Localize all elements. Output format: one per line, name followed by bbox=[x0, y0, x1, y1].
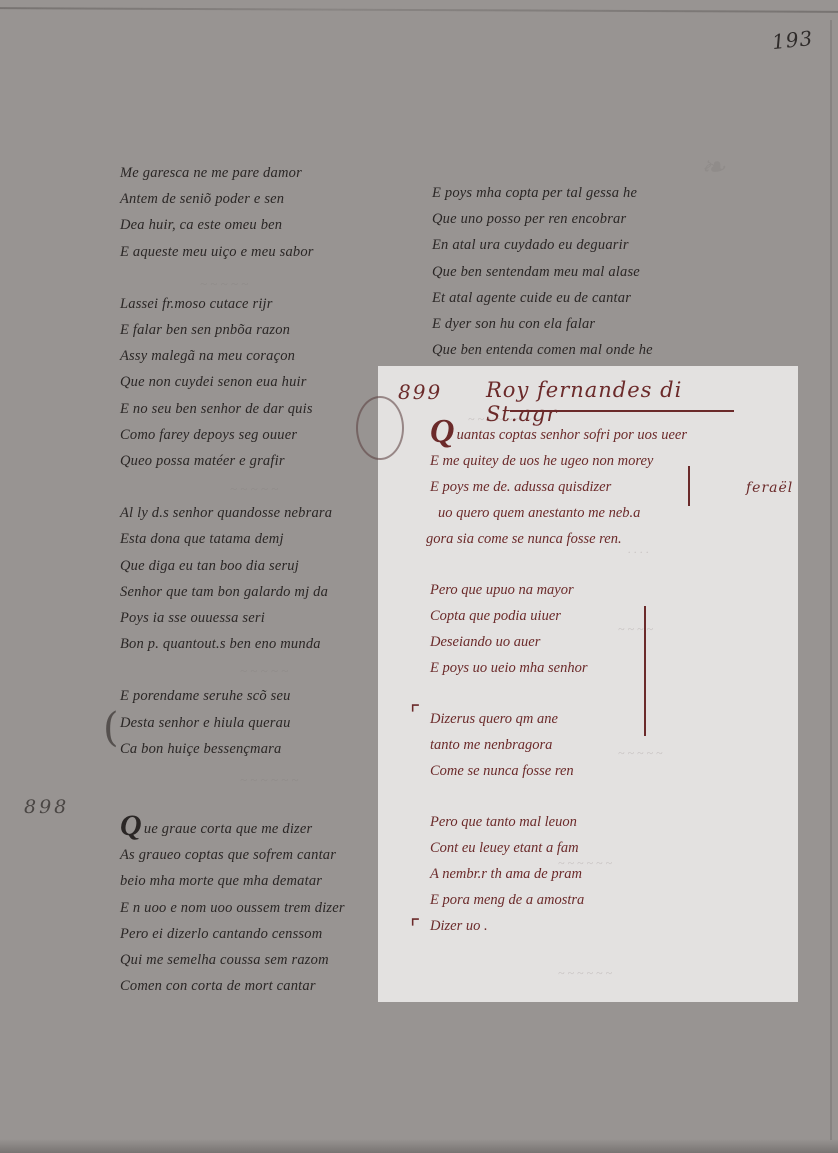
verse-line: Bon p. quantout.s ben eno munda bbox=[120, 631, 390, 657]
verse-line: E poys mha copta per tal gessa he bbox=[432, 180, 712, 206]
verse-line: Dizerus quero qm ane bbox=[430, 706, 750, 732]
page-right-edge bbox=[830, 20, 832, 1140]
verse-line: Antem de seniõ poder e sen bbox=[120, 186, 390, 212]
verse-line: E pora meng de a amostra bbox=[430, 887, 750, 913]
author-rubric: Roy fernandes di St.agr bbox=[486, 378, 738, 426]
stanza-2: Pero que upuo na mayor Copta que podia u… bbox=[430, 577, 750, 681]
folio-number: 193 bbox=[771, 26, 814, 54]
verse-line: E n uoo e nom uoo oussem trem dizer bbox=[120, 895, 390, 921]
verse-line: Como farey depoys seg ouuer bbox=[120, 422, 390, 448]
verse-line: Pero que tanto mal leuon bbox=[430, 809, 750, 835]
stanza-5-poem-898: Que graue corta que me dizer As graueo c… bbox=[120, 816, 390, 999]
stanza-4: Pero que tanto mal leuon Cont eu leuey e… bbox=[430, 809, 750, 939]
poem-899-body: Quantas coptas senhor sofri por uos ueer… bbox=[430, 422, 750, 939]
stanza-1: Me garescа ne me pare damor Antem de sen… bbox=[120, 160, 390, 265]
verse-line: E aqueste meu uiço e meu sabor bbox=[120, 239, 390, 265]
poem-number-899: 899 bbox=[398, 380, 442, 404]
verse-line: Desta senhor e hiula querau bbox=[120, 710, 390, 736]
verse-line: Que ben sentendam meu mal alase bbox=[432, 259, 712, 285]
verse-line: Poys ia sse ouuessa seri bbox=[120, 605, 390, 631]
stanza-1: Quantas coptas senhor sofri por uos ueer… bbox=[430, 422, 750, 552]
right-column-top: E poys mha copta per tal gessa he Que un… bbox=[432, 180, 712, 363]
bracket-mark: ( bbox=[103, 708, 119, 748]
stanza-3: Al ly d.s senhor quandosse nebrara Esta … bbox=[120, 500, 390, 657]
verse-line: E dyer son hu con ela falar bbox=[432, 311, 712, 337]
verse-line: Lassei fr.moso cutace rijr bbox=[120, 291, 390, 317]
verse-line: Quantas coptas senhor sofri por uos ueer bbox=[430, 422, 750, 448]
verse-line: Et atal agente cuide eu de cantar bbox=[432, 285, 712, 311]
ink-stain bbox=[356, 396, 404, 460]
verse-line: uo quero quem anestanto me neb.a bbox=[438, 500, 750, 526]
left-column: Me garescа ne me pare damor Antem de sen… bbox=[120, 160, 390, 999]
marginal-rule bbox=[644, 606, 646, 736]
verse-line: Dea huir, ca este omeu ben bbox=[120, 212, 390, 238]
verse-line: Me garescа ne me pare damor bbox=[120, 160, 390, 186]
verse-line: Al ly d.s senhor quandosse nebrara bbox=[120, 500, 390, 526]
verse-line: beio mha morte que mha dematar bbox=[120, 868, 390, 894]
verse-line: Ca bon huiçe bessençmara bbox=[120, 736, 390, 762]
verse-line: Queo possa matéer e grafir bbox=[120, 448, 390, 474]
verse-line: Comen con corta de mort cantar bbox=[120, 973, 390, 999]
verse-line: E no seu ben senhor de dar quis bbox=[120, 396, 390, 422]
verse-line: A nembr.r th ama de pram bbox=[430, 861, 750, 887]
stanza-2: Lassei fr.moso cutace rijr E falar ben s… bbox=[120, 291, 390, 474]
verse-line: E falar ben sen pnbõa razon bbox=[120, 317, 390, 343]
verse-line: Pero ei dizerlo cantando censsom bbox=[120, 921, 390, 947]
verse-text: ue graue corta que me dizer bbox=[144, 821, 313, 837]
verse-line: Assy malegã na meu coraçon bbox=[120, 343, 390, 369]
verse-line: Esta dona que tatama demj bbox=[120, 526, 390, 552]
verse-line: Qui me semelha coussa sem razom bbox=[120, 947, 390, 973]
verse-line: En atal ura cuydado eu deguarir bbox=[432, 232, 712, 258]
verse-line: Que diga eu tan boo dia seruj bbox=[120, 553, 390, 579]
refrain-bracket: ⌜ bbox=[410, 702, 420, 727]
marginal-rule bbox=[688, 466, 690, 506]
highlighted-region-poem-899: ~ ~ ~ ~ ~ ~ ~ ~ . . . . ~ ~ ~ ~ ~ ~ ~ ~ … bbox=[378, 366, 798, 1002]
verse-line: tanto me nenbragora bbox=[430, 732, 750, 758]
verse-line: As graueo coptas que sofrem cantar bbox=[120, 842, 390, 868]
verse-line: Dizer uo . bbox=[430, 913, 750, 939]
verse-line: Senhor que tam bon galardo mj da bbox=[120, 579, 390, 605]
decorated-initial: Q bbox=[430, 413, 455, 450]
verse-line: E poys me de. adussa quisdizer bbox=[430, 474, 750, 500]
verse-line: Que graue corta que me dizer bbox=[120, 816, 390, 842]
decorated-initial: Q bbox=[120, 809, 142, 842]
verse-line: Copta que podia uiuer bbox=[430, 603, 750, 629]
page-top-edge bbox=[0, 7, 838, 13]
refrain-bracket: ⌜ bbox=[410, 916, 420, 941]
verse-line: gora sia come se nunca fosse ren. bbox=[426, 526, 750, 552]
verse-line: E porendame seruhe scõ seu bbox=[120, 683, 390, 709]
page-bottom-shadow bbox=[0, 1139, 838, 1153]
poem-number-898: 898 bbox=[24, 796, 69, 818]
verse-line: Deseiando uo auer bbox=[430, 629, 750, 655]
rubric-underline bbox=[510, 410, 734, 412]
verse-line: E me quitey de uos he ugeo non morey bbox=[430, 448, 750, 474]
verse-line: Come se nunca fosse ren bbox=[430, 758, 750, 784]
stanza-3: Dizerus quero qm ane tanto me nenbragora… bbox=[430, 706, 750, 784]
verse-line: Que uno posso per ren encobrar bbox=[432, 206, 712, 232]
verse-text: uantas coptas senhor sofri por uos ueer bbox=[457, 427, 687, 443]
verse-line: Que non cuydei senon eua huir bbox=[120, 369, 390, 395]
show-through-text: ~ ~ ~ ~ ~ ~ bbox=[558, 966, 612, 981]
margin-note: feraël bbox=[746, 480, 793, 496]
poem-header: 899 Roy fernandes di St.agr bbox=[398, 376, 738, 408]
verse-line: Que ben entenda comen mal onde he bbox=[432, 337, 712, 363]
verse-line: Pero que upuo na mayor bbox=[430, 577, 750, 603]
verse-line: E poys uo ueio mha senhor bbox=[430, 655, 750, 681]
stanza-4: E porendame seruhe scõ seu Desta senhor … bbox=[120, 683, 390, 762]
verse-line: Cont eu leuey etant a fam bbox=[430, 835, 750, 861]
